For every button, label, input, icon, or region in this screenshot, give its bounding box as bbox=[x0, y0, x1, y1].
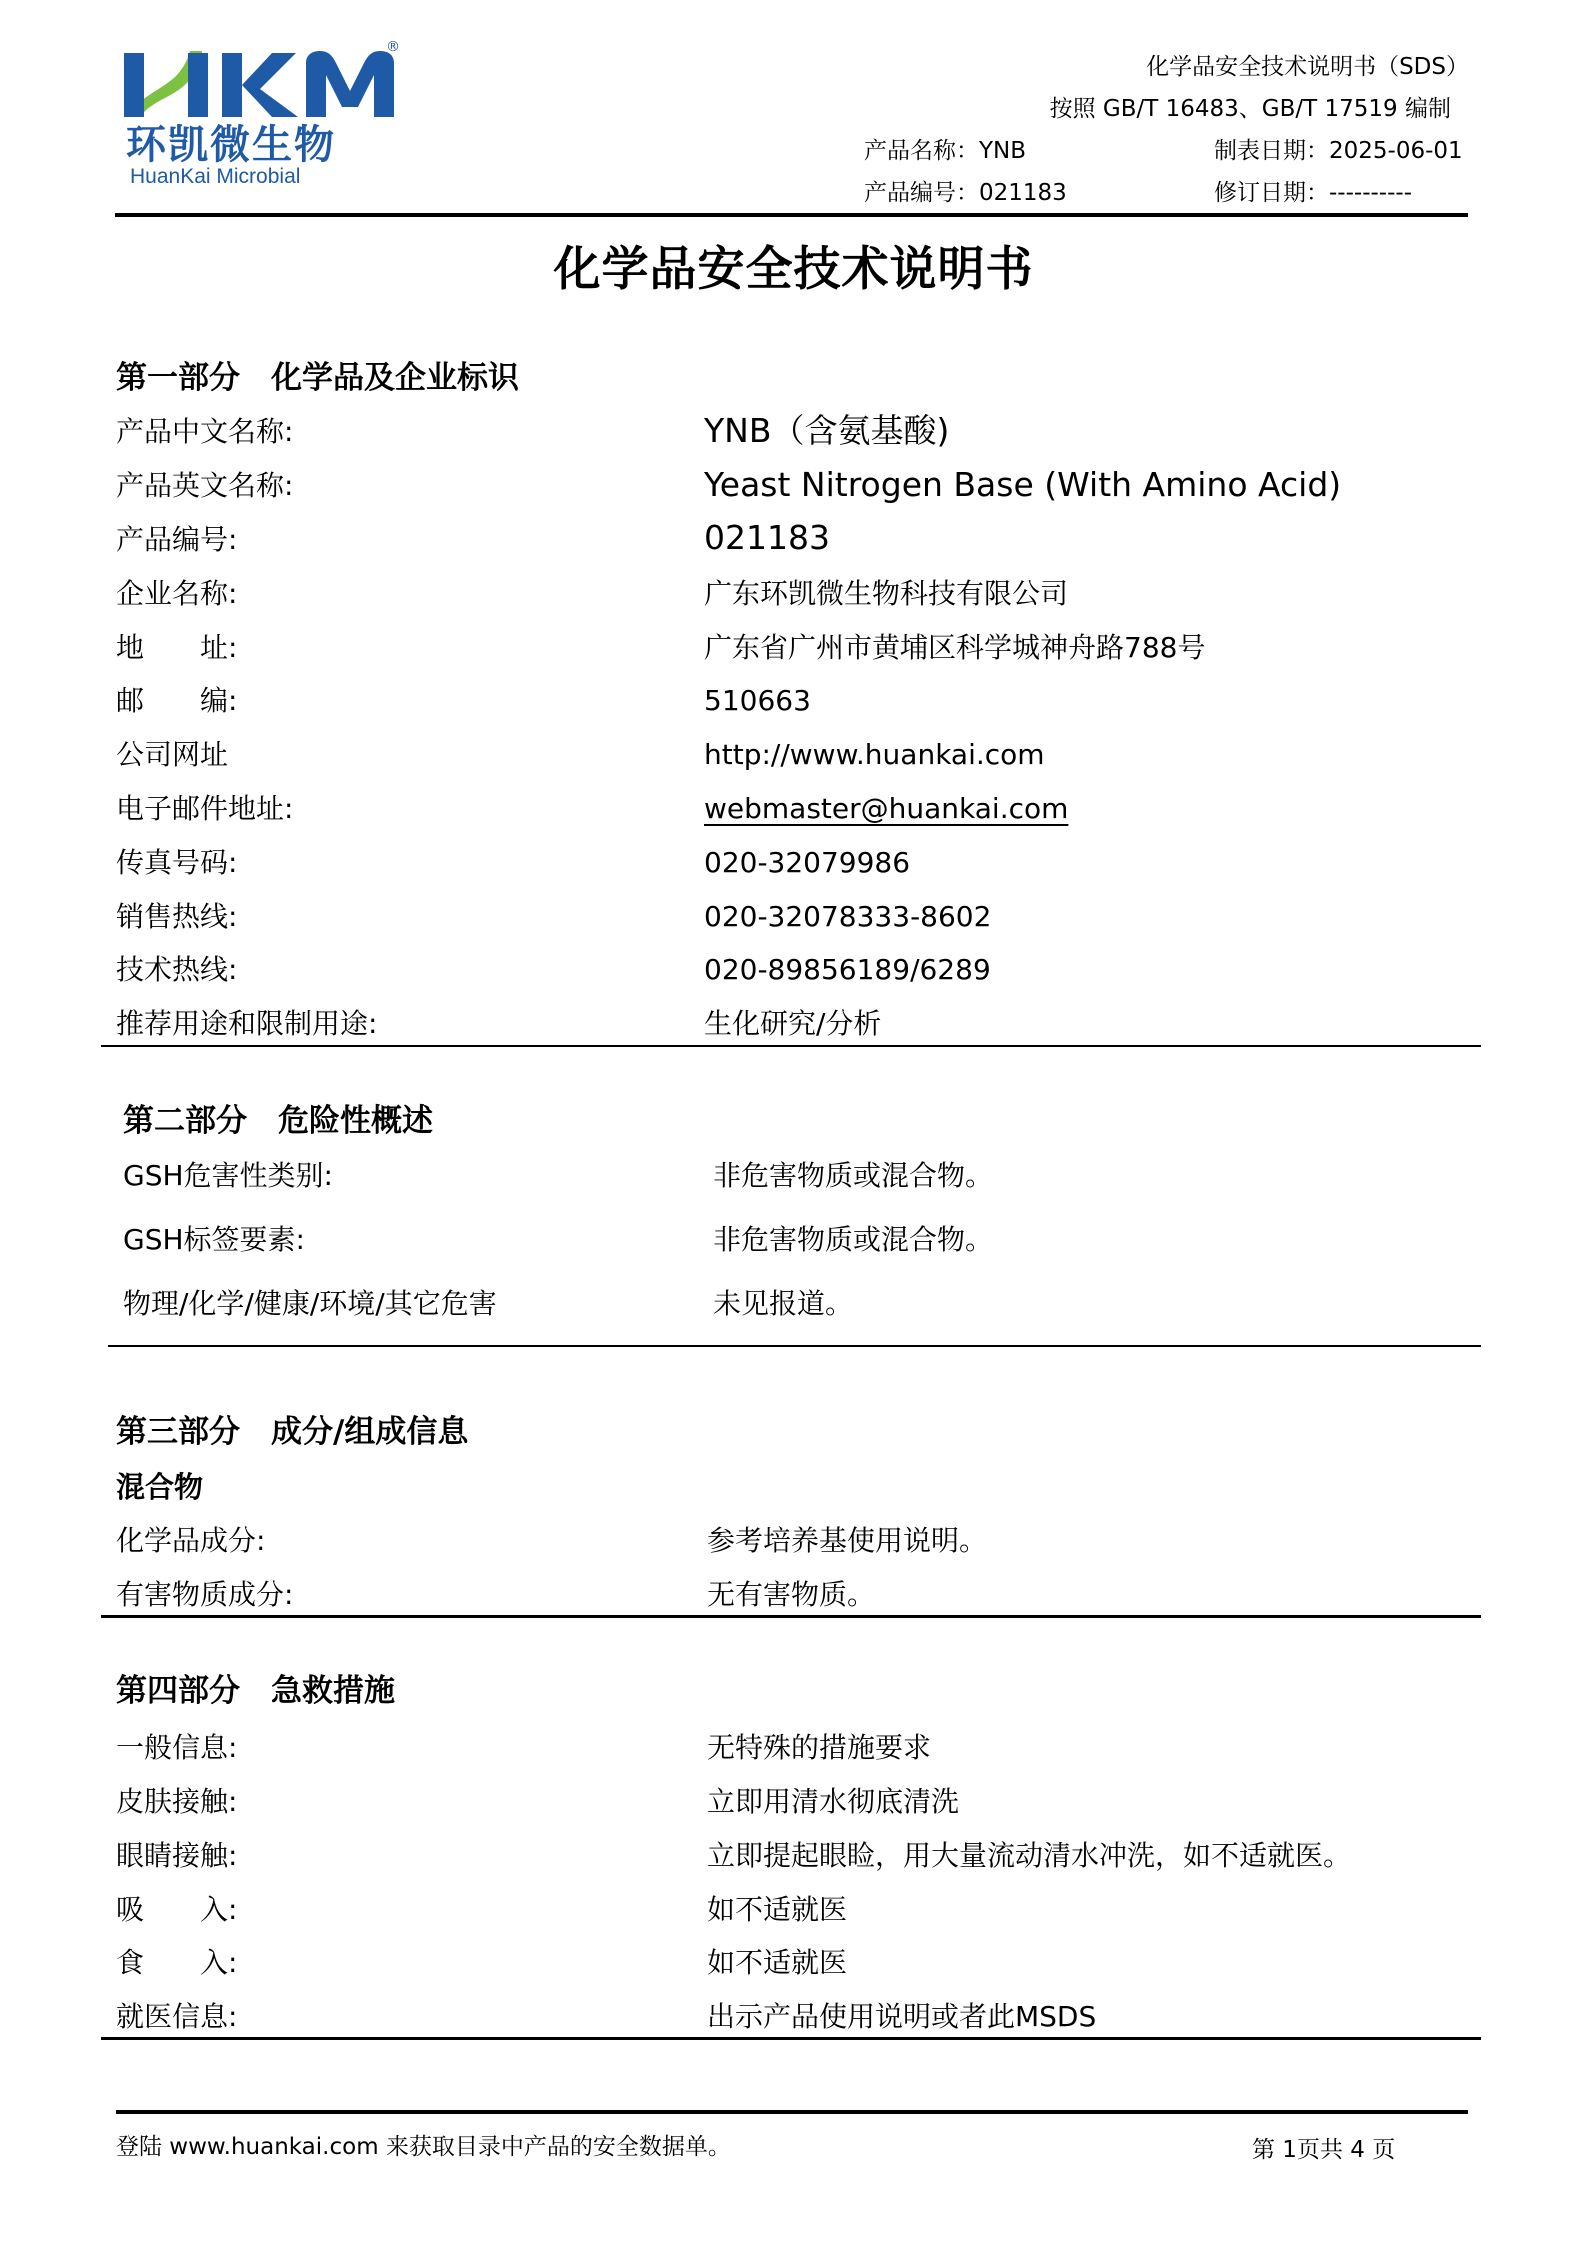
row-value: 非危害物质或混合物。 bbox=[713, 1159, 993, 1193]
row-value: 020-89856189/6289 bbox=[704, 953, 991, 987]
row-value: 无有害物质。 bbox=[707, 1578, 875, 1612]
made-date-field: 制表日期：2025-06-01 bbox=[1214, 137, 1463, 165]
revised-date-label: 修订日期： bbox=[1214, 180, 1329, 206]
section-2-heading: 第二部分 危险性概述 bbox=[123, 1103, 433, 1139]
row-value: 非危害物质或混合物。 bbox=[713, 1223, 993, 1257]
row-label: 产品中文名称: bbox=[116, 415, 293, 449]
row-value: Yeast Nitrogen Base (With Amino Acid) bbox=[704, 466, 1341, 504]
row-label: 皮肤接触: bbox=[116, 1785, 237, 1819]
made-date-value: 2025-06-01 bbox=[1329, 138, 1463, 164]
made-date-label: 制表日期： bbox=[1214, 138, 1329, 164]
row-value: 未见报道。 bbox=[713, 1287, 853, 1321]
row-label: 公司网址 bbox=[116, 738, 228, 772]
row-value: 出示产品使用说明或者此MSDS bbox=[707, 2000, 1096, 2034]
standard-note: 按照 GB/T 16483、GB/T 17519 编制 bbox=[1050, 95, 1451, 123]
row-label: 传真号码: bbox=[116, 846, 237, 880]
row-label: 技术热线: bbox=[116, 953, 237, 987]
product-code-value: 021183 bbox=[979, 180, 1067, 206]
product-name-value: YNB bbox=[979, 138, 1026, 164]
section-1-divider bbox=[101, 1045, 1481, 1047]
row-value: 立即用清水彻底清洗 bbox=[707, 1785, 959, 1819]
footer-divider bbox=[116, 2110, 1468, 2114]
revised-date-value: ---------- bbox=[1329, 180, 1412, 206]
row-value: 立即提起眼睑，用大量流动清水冲洗，如不适就医。 bbox=[707, 1839, 1351, 1873]
row-label: GSH标签要素: bbox=[123, 1223, 305, 1257]
product-code-field: 产品编号：021183 bbox=[864, 179, 1067, 207]
row-value: 广东省广州市黄埔区科学城神舟路788号 bbox=[704, 631, 1205, 665]
section-3-divider bbox=[101, 1615, 1481, 1618]
logo-english-name: HuanKai Microbial bbox=[130, 165, 300, 189]
row-value: YNB（含氨基酸) bbox=[704, 412, 949, 450]
company-logo: ® 环凯微生物 HuanKai Microbial bbox=[122, 45, 402, 190]
row-label: 产品编号: bbox=[116, 523, 237, 557]
row-label: 化学品成分: bbox=[116, 1524, 265, 1558]
row-value: 广东环凯微生物科技有限公司 bbox=[704, 577, 1068, 611]
row-label: 有害物质成分: bbox=[116, 1578, 293, 1612]
section-1-heading: 第一部分 化学品及企业标识 bbox=[116, 360, 519, 396]
row-value: 510663 bbox=[704, 684, 811, 718]
row-label: 销售热线: bbox=[116, 900, 237, 934]
row-label: 吸 入: bbox=[116, 1893, 237, 1927]
section-3-heading: 第三部分 成分/组成信息 bbox=[116, 1414, 468, 1450]
section-4-heading: 第四部分 急救措施 bbox=[116, 1673, 395, 1709]
row-value: 无特殊的措施要求 bbox=[707, 1731, 931, 1765]
row-label: 电子邮件地址: bbox=[116, 792, 293, 826]
row-label: GSH危害性类别: bbox=[123, 1159, 333, 1193]
row-label: 一般信息: bbox=[116, 1731, 237, 1765]
document-title: 化学品安全技术说明书 bbox=[0, 232, 1587, 299]
section-4-divider bbox=[101, 2037, 1481, 2040]
row-value: 021183 bbox=[704, 519, 830, 557]
revised-date-field: 修订日期：---------- bbox=[1214, 179, 1412, 207]
row-label: 地 址: bbox=[116, 631, 237, 665]
row-value: 参考培养基使用说明。 bbox=[707, 1524, 987, 1558]
row-label: 就医信息: bbox=[116, 2000, 237, 2034]
row-label: 食 入: bbox=[116, 1946, 237, 1980]
header-divider bbox=[115, 213, 1468, 217]
hkm-logo-mark-icon bbox=[122, 45, 402, 123]
row-label: 推荐用途和限制用途: bbox=[116, 1007, 377, 1041]
footer-note: 登陆 www.huankai.com 来获取目录中产品的安全数据单。 bbox=[116, 2133, 731, 2161]
page-number: 第 1页共 4 页 bbox=[1252, 2136, 1395, 2164]
section-2-divider bbox=[108, 1345, 1481, 1347]
row-label: 邮 编: bbox=[116, 684, 237, 718]
website-link[interactable]: http://www.huankai.com bbox=[704, 738, 1045, 772]
product-name-field: 产品名称：YNB bbox=[864, 137, 1026, 165]
row-value: 如不适就医 bbox=[707, 1946, 847, 1980]
row-value: 如不适就医 bbox=[707, 1893, 847, 1927]
row-value: 生化研究/分析 bbox=[704, 1007, 881, 1041]
doc-type: 化学品安全技术说明书（SDS） bbox=[1146, 53, 1469, 81]
row-value: 020-32079986 bbox=[704, 846, 910, 880]
product-name-label: 产品名称： bbox=[864, 138, 979, 164]
logo-chinese-name: 环凯微生物 bbox=[126, 123, 336, 167]
row-label: 企业名称: bbox=[116, 577, 237, 611]
row-value: 020-32078333-8602 bbox=[704, 900, 991, 934]
row-label: 眼睛接触: bbox=[116, 1839, 237, 1873]
email-link[interactable]: webmaster@huankai.com bbox=[704, 792, 1068, 826]
row-label: 物理/化学/健康/环境/其它危害 bbox=[123, 1287, 497, 1321]
product-code-label: 产品编号： bbox=[864, 180, 979, 206]
row-label: 产品英文名称: bbox=[116, 469, 293, 503]
registered-mark: ® bbox=[386, 39, 400, 55]
mixture-subheading: 混合物 bbox=[116, 1469, 203, 1505]
